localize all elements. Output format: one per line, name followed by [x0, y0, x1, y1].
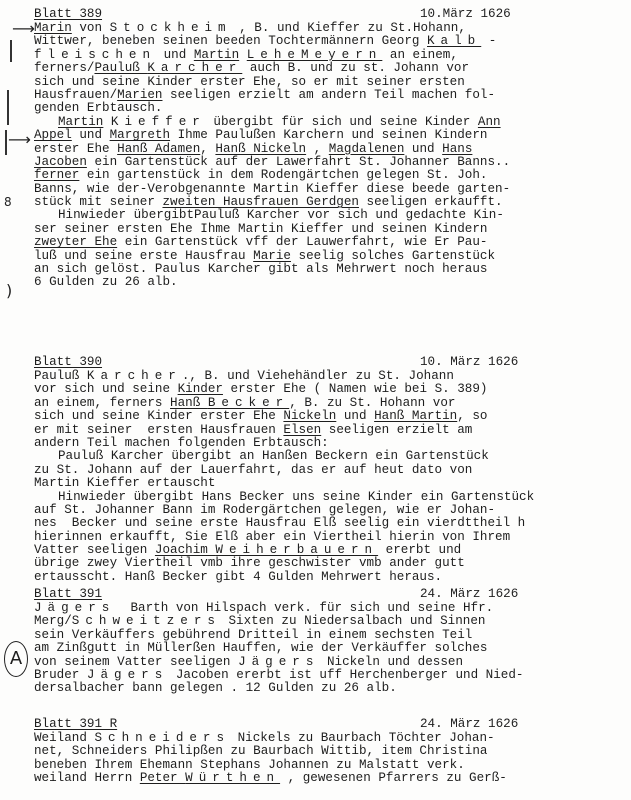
underlined-name: Pauluß — [94, 61, 147, 75]
text-run: ferners/ — [34, 61, 94, 75]
text-line: Vatter seeligen Joachim Weiherbauern ere… — [34, 544, 614, 557]
text-run: beneben Ihrem Ehemann Stephans Johannen … — [34, 758, 465, 772]
underlined-name: Becker — [208, 396, 289, 410]
text-line: dersalbacher bann gelegen . 12 Gulden zu… — [34, 682, 614, 695]
text-run: Sixten zu Niedersalbach und Sinnen — [221, 614, 486, 628]
underlined-name: ferner — [34, 168, 79, 182]
text-run: Jägers — [87, 668, 168, 682]
text-run: luß und seine erste Hausfrau — [34, 249, 253, 263]
entry-date: 24. März 1626 — [420, 588, 518, 601]
text-run — [239, 48, 247, 62]
margin-arrow-icon: ⟶ — [8, 133, 31, 146]
text-run: , — [200, 142, 215, 156]
text-line: Hinwieder übergibtPauluß Karcher vor sic… — [34, 209, 614, 222]
underlined-name: Ann — [478, 115, 501, 129]
text-line: Jägers Barth von Hilspach verk. für sich… — [34, 602, 614, 615]
underlined-name: LeheMeyern — [247, 48, 383, 62]
text-run: und — [156, 48, 194, 62]
underlined-name: Hanß Adamen — [117, 142, 200, 156]
text-line: genden Erbtausch. — [34, 102, 614, 115]
entry-date: 10.März 1626 — [420, 8, 511, 21]
text-run: seeligen erkaufft. — [359, 195, 503, 209]
margin-arrow-icon: ⟶ — [12, 22, 35, 35]
text-run: hierinnen erkaufft, Sie Elß aber ein Vie… — [34, 530, 510, 544]
text-run: und — [404, 142, 442, 156]
text-run: er mit seiner ersten Hausfrauen — [34, 423, 283, 437]
text-line: Weiland Schneiders Nickels zu Baurbach T… — [34, 732, 614, 745]
text-run: Nickels zu Baurbach Töchter Johan- — [230, 731, 495, 745]
text-line: Marin von Stockheim , B. und Kieffer zu … — [34, 22, 614, 35]
text-run: an einem, ferners — [34, 396, 170, 410]
text-run: Jägers — [238, 655, 319, 669]
text-run: auf St. Johanner Bann im Rodergärtchen g… — [34, 503, 495, 517]
text-line: vor sich und seine Kinder erster Ehe ( N… — [34, 383, 614, 396]
text-run: net, Schneiders Philipßen zu Baurbach Wi… — [34, 744, 487, 758]
entry-blatt-391r: Blatt 391 R24. März 1626Weiland Schneide… — [34, 718, 614, 786]
entry-blatt-389: Blatt 38910.März 1626Marin von Stockheim… — [34, 8, 614, 290]
text-line: stück mit seiner zweiten Hausfrauen Gerd… — [34, 196, 614, 209]
text-run: zu St. Johann auf der Lauerfahrt, das er… — [34, 463, 472, 477]
text-line: Bruder Jägers Jacoben ererbt ist uff Her… — [34, 669, 614, 682]
text-run: Stockheim — [110, 21, 232, 35]
text-run: auch B. und zu st. Johann vor — [242, 61, 469, 75]
underlined-name: Weiherbauern — [215, 543, 378, 557]
text-line: ertausscht. Hanß Becker gibt 4 Gulden Me… — [34, 571, 614, 584]
underlined-name: Joachim — [155, 543, 215, 557]
text-line: Banns, wie der-Verobgenannte Martin Kief… — [34, 183, 614, 196]
entry-blatt-391: Blatt 39124. März 1626Jägers Barth von H… — [34, 588, 614, 696]
text-run: sein Verkäuffers gebührend Dritteil in e… — [34, 628, 472, 642]
text-line: sein Verkäuffers gebührend Dritteil in e… — [34, 629, 614, 642]
underlined-name: Elsen — [283, 423, 321, 437]
text-run: ein Gartenstück auf der Lawerfahrt St. J… — [87, 155, 510, 169]
text-line: auf St. Johanner Bann im Rodergärtchen g… — [34, 504, 614, 517]
text-run: von seinem Vatter seeligen — [34, 655, 238, 669]
text-line: sich und seine Kinder erster Ehe Nickeln… — [34, 410, 614, 423]
text-run: seeligen erzielt am — [321, 423, 472, 437]
text-line: ferners/Pauluß Karcher auch B. und zu st… — [34, 62, 614, 75]
text-line: nes Becker und seine erste Hausfrau Elß … — [34, 517, 614, 530]
underlined-name: Marie — [253, 249, 291, 263]
text-run: andern Teil machen folgenden Erbtausch: — [34, 436, 329, 450]
entry-date: 10. März 1626 — [420, 356, 518, 369]
entry-header: Blatt 39010. März 1626 — [34, 356, 614, 370]
underlined-name: Martin — [58, 115, 103, 129]
underlined-name: Kinder — [178, 382, 223, 396]
text-run: Wittwer, beneben seinen beeden Tochtermä… — [34, 34, 427, 48]
text-run: weiland Herrn — [34, 771, 140, 785]
text-run: Hinwieder übergibtPauluß Karcher vor sic… — [58, 208, 504, 222]
text-run: , — [306, 142, 329, 156]
text-run: Martin Kieffer ertauscht — [34, 476, 215, 490]
margin-side-number: 8 — [4, 196, 12, 209]
underlined-name: Hans — [442, 142, 472, 156]
text-run: Pauluß Karcher übergibt an Hanßen Becker… — [58, 449, 489, 463]
text-run: an einem, — [382, 48, 458, 62]
text-run: Barth von Hilspach verk. für sich und se… — [115, 601, 493, 615]
text-line: an einem, ferners Hanß Becker, B. zu St.… — [34, 397, 614, 410]
text-run: ein gartenstück in dem Rodengärtchen gel… — [79, 168, 487, 182]
entry-header: Blatt 38910.März 1626 — [34, 8, 614, 22]
blatt-number: Blatt 390 — [34, 356, 102, 369]
text-run: Nickeln und dessen — [319, 655, 463, 669]
text-line: Merg/Schweitzers Sixten zu Niedersalbach… — [34, 615, 614, 628]
entry-header: Blatt 391 R24. März 1626 — [34, 718, 614, 732]
text-run: erster Ehe ( Namen wie bei S. 389) — [223, 382, 488, 396]
underlined-name: Jacoben — [34, 155, 87, 169]
text-run: genden Erbtausch. — [34, 101, 162, 115]
text-line: Appel und Margreth Ihme Paulußen Karcher… — [34, 129, 614, 142]
text-run: Hinwieder übergibt Hans Becker uns seine… — [58, 490, 534, 504]
margin-bracket-line — [7, 90, 9, 125]
text-run: und — [336, 409, 374, 423]
text-line: fleischen und Martin LeheMeyern an einem… — [34, 49, 614, 62]
text-run: ertausscht. Hanß Becker gibt 4 Gulden Me… — [34, 570, 442, 584]
text-run: - — [481, 34, 496, 48]
margin-bracket-line — [10, 40, 12, 62]
text-run: Hausfrauen/ — [34, 88, 117, 102]
text-run: Jacoben ererbt ist uff Herchenberger und… — [168, 668, 523, 682]
underlined-name: Nickeln — [283, 409, 336, 423]
underlined-name: Margreth — [110, 128, 170, 142]
text-run: 6 Gulden zu 26 alb. — [34, 275, 178, 289]
text-run: Karcher — [87, 369, 182, 383]
text-run: Kieffer — [111, 115, 206, 129]
text-run: Ihme Paulußen Karchern und seinen Kinder… — [170, 128, 487, 142]
text-run: an sich gelöst. Paulus Karcher gibt als … — [34, 262, 487, 276]
text-line: zweyter Ehe ein Gartenstück vff der Lauw… — [34, 236, 614, 249]
text-run: seelig solches Gartenstück — [291, 249, 495, 263]
underlined-name: Peter — [140, 771, 185, 785]
text-run: Bruder — [34, 668, 87, 682]
text-run: seeligen erzielt am andern Teil machen f… — [163, 88, 496, 102]
underlined-name: Hanß Nickeln — [215, 142, 306, 156]
underlined-name: Würthen — [185, 771, 280, 785]
scanned-typescript-page: Blatt 38910.März 1626Marin von Stockheim… — [0, 0, 631, 800]
underlined-name: Magdalenen — [329, 142, 405, 156]
text-run: , B. und Kieffer zu St.Hohann, — [232, 21, 466, 35]
text-line: luß und seine erste Hausfrau Marie seeli… — [34, 250, 614, 263]
underlined-name: Martin — [194, 48, 239, 62]
entry-date: 24. März 1626 — [420, 718, 518, 731]
text-run: ererbt und — [378, 543, 461, 557]
text-line: übrige zwey Viertheil vmb ihre geschwist… — [34, 557, 614, 570]
text-line: Jacoben ein Gartenstück auf der Lawerfah… — [34, 156, 614, 169]
circled-letter-annotation: A — [4, 641, 28, 677]
text-run: Vatter seeligen — [34, 543, 155, 557]
text-run: dersalbacher bann gelegen . 12 Gulden zu… — [34, 681, 397, 695]
underlined-name: Marin — [34, 21, 72, 35]
text-run — [103, 115, 111, 129]
text-run: ein Gartenstück vff der Lauwerfahrt, wie… — [117, 235, 487, 249]
text-run: nes Becker und seine erste Hausfrau Elß … — [34, 516, 525, 530]
text-line: sich und seine Kinder erster Ehe, so er … — [34, 76, 614, 89]
text-run: Merg/ — [34, 614, 72, 628]
text-line: an sich gelöst. Paulus Karcher gibt als … — [34, 263, 614, 276]
underlined-name: zweyter Ehe — [34, 235, 117, 249]
text-line: Hinwieder übergibt Hans Becker uns seine… — [34, 491, 614, 504]
text-line: beneben Ihrem Ehemann Stephans Johannen … — [34, 759, 614, 772]
text-run: Banns, wie der-Verobgenannte Martin Kief… — [34, 182, 510, 196]
text-run: sich und seine Kinder erster Ehe, so er … — [34, 75, 465, 89]
text-line: andern Teil machen folgenden Erbtausch: — [34, 437, 614, 450]
underlined-name: zweiten Hausfrauen Gerdgen — [162, 195, 359, 209]
text-line: Pauluß Karcher übergibt an Hanßen Becker… — [34, 450, 614, 463]
text-run: übergibt für sich und seine Kinder — [206, 115, 478, 129]
text-run: vor sich und seine — [34, 382, 178, 396]
text-line: weiland Herrn Peter Würthen , gewesenen … — [34, 772, 614, 785]
text-line: Wittwer, beneben seinen beeden Tochtermä… — [34, 35, 614, 48]
text-line: Hausfrauen/Marien seeligen erzielt am an… — [34, 89, 614, 102]
text-run: übrige zwey Viertheil vmb ihre geschwist… — [34, 556, 465, 570]
text-run: stück mit seiner — [34, 195, 162, 209]
text-line: Pauluß Karcher., B. und Viehehändler zu … — [34, 370, 614, 383]
text-line: ser seiner ersten Ehe Ihme Martin Kieffe… — [34, 223, 614, 236]
text-line: ferner ein gartenstück in dem Rodengärtc… — [34, 169, 614, 182]
text-line: 6 Gulden zu 26 alb. — [34, 276, 614, 289]
text-line: am Zinßgutt in Müllerßen Hauffen, wie de… — [34, 642, 614, 655]
underlined-name: Appel — [34, 128, 72, 142]
blatt-number: Blatt 389 — [34, 8, 102, 21]
entry-blatt-390: Blatt 39010. März 1626Pauluß Karcher., B… — [34, 356, 614, 584]
text-run: von — [72, 21, 110, 35]
text-run: ., B. und Viehehändler zu St. Johann — [182, 369, 454, 383]
text-run: und — [72, 128, 110, 142]
margin-paren-mark: ) — [6, 284, 12, 297]
text-line: net, Schneiders Philipßen zu Baurbach Wi… — [34, 745, 614, 758]
blatt-number: Blatt 391 — [34, 588, 102, 601]
underlined-name: Hanß — [170, 396, 208, 410]
blatt-number: Blatt 391 R — [34, 718, 117, 731]
underlined-name: Kalb — [427, 34, 481, 48]
text-run: , B. zu St. Hohann vor — [289, 396, 455, 410]
underlined-name: Marien — [117, 88, 162, 102]
text-run: Schweitzers — [72, 614, 221, 628]
text-run: Pauluß — [34, 369, 87, 383]
text-line: erster Ehe Hanß Adamen, Hanß Nickeln , M… — [34, 143, 614, 156]
text-line: Martin Kieffer ertauscht — [34, 477, 614, 490]
text-line: er mit seiner ersten Hausfrauen Elsen se… — [34, 424, 614, 437]
text-line: von seinem Vatter seeligen Jägers Nickel… — [34, 656, 614, 669]
margin-bracket-line — [5, 130, 7, 155]
text-run: Jägers — [34, 601, 115, 615]
underlined-name: Hanß Martin — [374, 409, 457, 423]
text-run: ser seiner ersten Ehe Ihme Martin Kieffe… — [34, 222, 487, 236]
entry-header: Blatt 39124. März 1626 — [34, 588, 614, 602]
text-run: , gewesenen Pfarrers zu Gerß- — [280, 771, 507, 785]
text-line: hierinnen erkaufft, Sie Elß aber ein Vie… — [34, 531, 614, 544]
text-run: fleischen — [34, 48, 156, 62]
text-run: am Zinßgutt in Müllerßen Hauffen, wie de… — [34, 641, 487, 655]
text-run: sich und seine Kinder erster Ehe — [34, 409, 283, 423]
text-line: zu St. Johann auf der Lauerfahrt, das er… — [34, 464, 614, 477]
text-run: Schneiders — [94, 731, 230, 745]
text-run: , so — [457, 409, 487, 423]
text-run: Weiland — [34, 731, 94, 745]
underlined-name: Karcher — [147, 61, 242, 75]
text-run: erster Ehe — [34, 142, 117, 156]
text-line: Martin Kieffer übergibt für sich und sei… — [34, 116, 614, 129]
